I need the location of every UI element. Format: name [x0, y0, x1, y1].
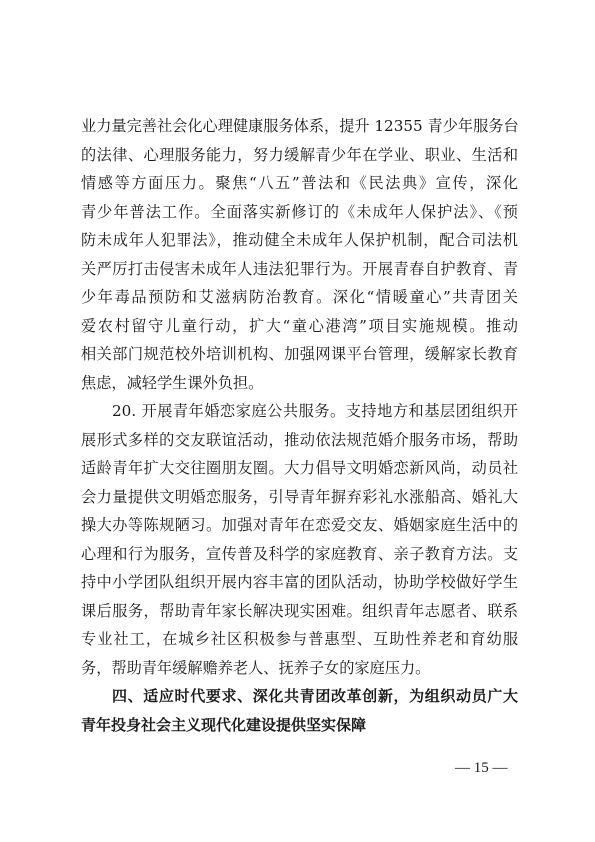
text-line: 青少年普法工作。全面落实新修订的《未成年人保护法》、《预: [81, 202, 518, 222]
text-line: 关严厉打击侵害未成年人违法犯罪行为。开展青春自护教育、青: [81, 259, 518, 279]
text-line: 务，帮助青年缓解赡养老人、抚养子女的家庭压力。: [81, 658, 518, 678]
text-line: 焦虑，减轻学生课外负担。: [81, 373, 518, 393]
text-line: 情感等方面压力。聚焦“八五”普法和《民法典》宣传，深化: [81, 173, 518, 193]
text-line: 适龄青年扩大交往圈朋友圈。大力倡导文明婚恋新风尚，动员社: [81, 458, 518, 478]
text-line: 展形式多样的交友联谊活动，推动依法规范婚介服务市场，帮助: [81, 430, 518, 450]
section-heading: 四、适应时代要求、深化共青团改革创新，为组织动员广大: [112, 686, 518, 706]
page-number: — 15 —: [455, 760, 508, 777]
text-line: 专业社工，在城乡社区积极参与普惠型、互助性养老和育幼服: [81, 629, 518, 649]
section-heading-cont: 青年投身社会主义现代化建设提供坚实保障: [81, 715, 518, 735]
text-line: 操大办等陈规陋习。加强对青年在恋爱交友、婚姻家庭生活中的: [81, 515, 518, 535]
item-20-first-line: 20. 开展青年婚恋家庭公共服务。支持地方和基层团组织开: [112, 401, 518, 421]
text-line: 持中小学团队组织开展内容丰富的团队活动，协助学校做好学生: [81, 572, 518, 592]
text-line: 会力量提供文明婚恋服务，引导青年摒弃彩礼水涨船高、婚礼大: [81, 487, 518, 507]
text-line: 爱农村留守儿童行动，扩大“童心港湾”项目实施规模。推动: [81, 316, 518, 336]
text-line: 少年毒品预防和艾滋病防治教育。深化“情暖童心”共青团关: [81, 287, 518, 307]
text-line: 相关部门规范校外培训机构、加强网课平台管理，缓解家长教育: [81, 344, 518, 364]
text-line: 防未成年人犯罪法》，推动健全未成年人保护机制，配合司法机: [81, 230, 518, 250]
text-line: 心理和行为服务，宣传普及科学的家庭教育、亲子教育方法。支: [81, 544, 518, 564]
text-line: 课后服务，帮助青年家长解决现实困难。组织青年志愿者、联系: [81, 601, 518, 621]
text-line: 业力量完善社会化心理健康服务体系，提升 12355 青少年服务台: [81, 116, 518, 136]
document-page: 业力量完善社会化心理健康服务体系，提升 12355 青少年服务台 的法律、心理服…: [0, 0, 595, 842]
text-line: 的法律、心理服务能力，努力缓解青少年在学业、职业、生活和: [81, 145, 518, 165]
